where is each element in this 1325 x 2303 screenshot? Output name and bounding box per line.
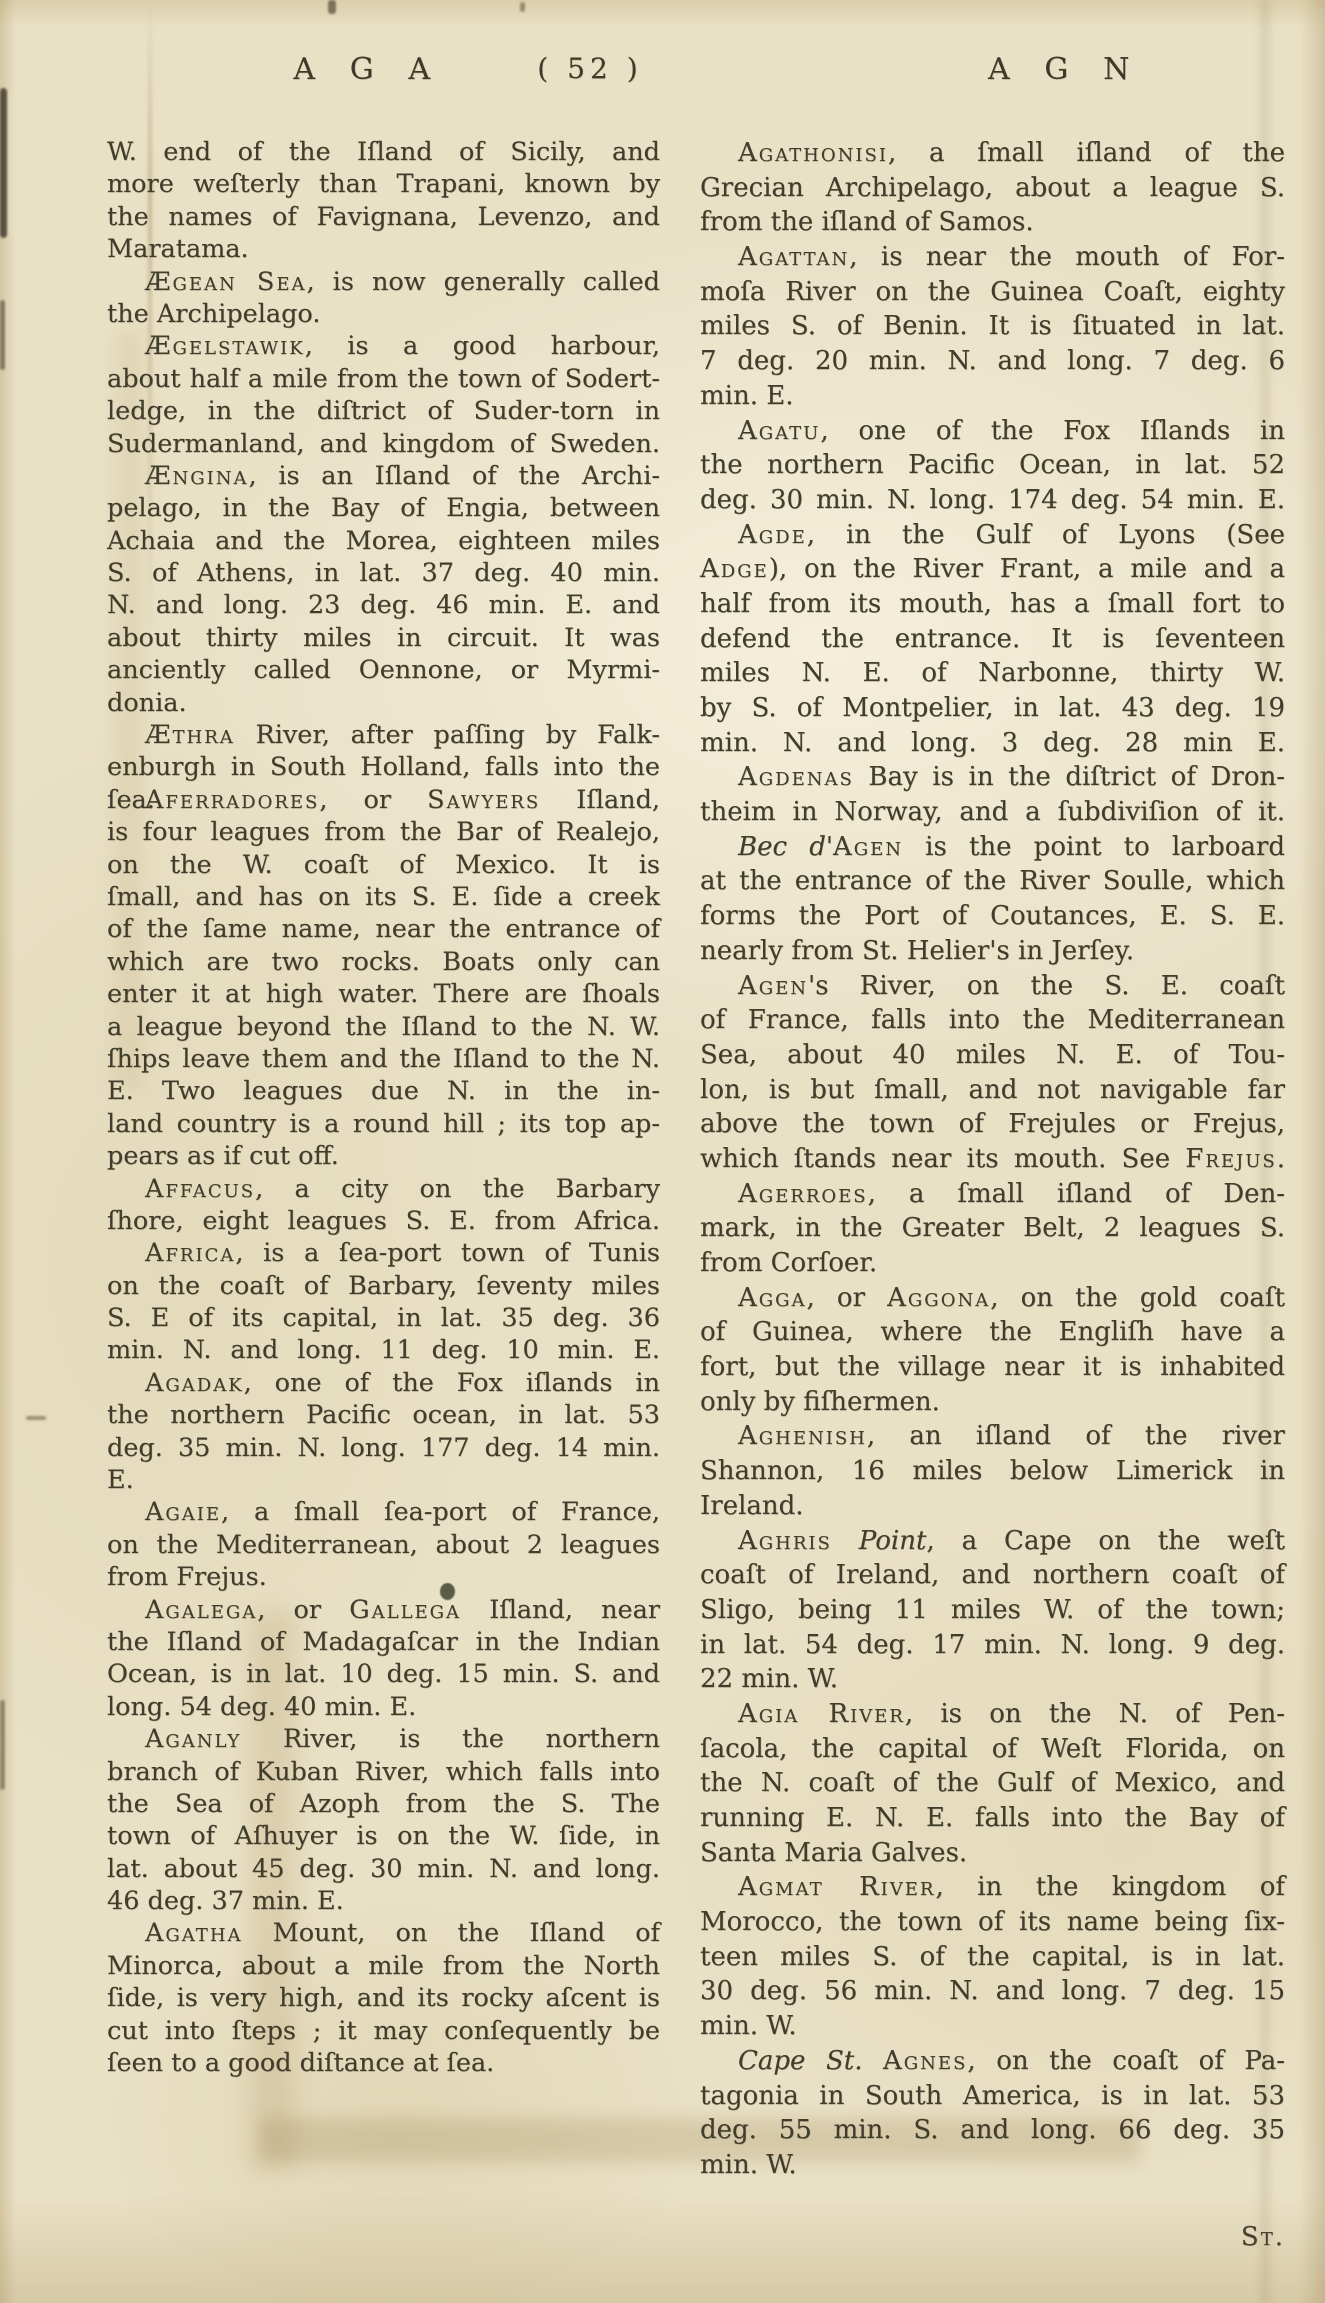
text-line: from Frejus. (107, 1561, 660, 1593)
text-line: about half a mile from the town of Soder… (107, 363, 660, 395)
text-segment: , a city on the Barbary (255, 1174, 660, 1204)
text-line: on the coaſt of Barbary, ſeventy miles (107, 1270, 660, 1302)
entry-headword: Æthra (145, 720, 235, 750)
text-segment: , or (257, 1595, 349, 1625)
text-segment: 7 deg. 20 min. N. and long. 7 deg. 6 (700, 346, 1285, 376)
text-line: anciently called Oennone, or Myrmi- (107, 654, 660, 686)
catchword: St. (1180, 2222, 1285, 2252)
text-segment: 22 min. W. (700, 1664, 838, 1694)
entry-headword: Agattan (738, 242, 849, 272)
text-segment: , a Cape on the weſt (926, 1526, 1285, 1556)
text-line: town of Aſhuyer is on the W. ſide, in (107, 1820, 660, 1852)
text-line: donia. (107, 687, 660, 719)
text-line: Ægelstawik, is a good harbour, (107, 330, 660, 362)
text-line: Agaie, a ſmall ſea-port of France, (107, 1496, 660, 1528)
text-segment: Sudermanland, and kingdom of Sweden. (107, 429, 660, 459)
page-edge-mark (520, 2, 525, 12)
text-segment: E. Two leagues due N. in the in- (107, 1076, 660, 1106)
text-segment: tagonia in South America, is in lat. 53 (700, 2081, 1285, 2111)
text-segment: Sea, about 40 miles N. E. of Tou- (700, 1040, 1285, 1070)
entry-headword: Aganly (145, 1724, 241, 1754)
text-segment: which ſtands near its mouth. See (700, 1144, 1185, 1174)
text-segment: from the iſland of Samos. (700, 207, 1034, 237)
text-line: a league beyond the Iſland to the N. W. (107, 1011, 660, 1043)
text-line: S. of Athens, in lat. 37 deg. 40 min. (107, 557, 660, 589)
text-line: tagonia in South America, is in lat. 53 (700, 2079, 1285, 2114)
text-segment: min. N. and long. 11 deg. 10 min. E. (107, 1335, 660, 1365)
text-segment: town of Aſhuyer is on the W. ſide, in (107, 1821, 660, 1851)
text-line: 46 deg. 37 min. E. (107, 1885, 660, 1917)
text-segment: . (1277, 1144, 1285, 1174)
text-segment: , or (319, 785, 427, 815)
entry-headword: Agdenas (738, 762, 854, 792)
text-segment: Point (832, 1526, 927, 1556)
text-line: fort, but the village near it is inhabit… (700, 1350, 1285, 1385)
text-segment: W. end of the Iſland of Sicily, and (107, 137, 660, 167)
entry-headword: Aferradores (145, 785, 319, 815)
text-line: Agattan, is near the mouth of For- (700, 240, 1285, 275)
text-segment: , is a good harbour, (305, 331, 660, 361)
text-segment: anciently called Oennone, or Myrmi- (107, 655, 660, 685)
text-line: lat. about 45 deg. 30 min. N. and long. (107, 1853, 660, 1885)
text-line: Agde, in the Gulf of Lyons (See (700, 518, 1285, 553)
text-line: which are two rocks. Boats only can (107, 946, 660, 978)
text-line: about thirty miles in circuit. It was (107, 622, 660, 654)
entry-headword: Aggona (887, 1283, 990, 1313)
text-segment: teen miles S. of the capital, is in lat. (700, 1942, 1285, 1972)
text-segment: fort, but the village near it is inhabit… (700, 1352, 1285, 1382)
entry-headword: Agen (738, 971, 808, 1001)
text-line: ſeen to a good diſtance at ſea. (107, 2047, 660, 2079)
text-line: ſmall, and has on its S. E. ſide a creek (107, 881, 660, 913)
text-segment: S. E of its capital, in lat. 35 deg. 36 (107, 1303, 660, 1333)
text-line: Ægean Sea, is now generally called (107, 266, 660, 298)
entry-headword: Agaie (145, 1497, 221, 1527)
entry-headword: Agde (738, 520, 807, 550)
text-segment: , is now generally called (306, 267, 660, 297)
text-line: 7 deg. 20 min. N. and long. 7 deg. 6 (700, 344, 1285, 379)
text-segment: more weſterly than Trapani, known by (107, 169, 660, 199)
text-segment: , in the Gulf of Lyons (See (807, 520, 1285, 550)
text-segment: of the ſame name, near the entrance of (107, 914, 660, 944)
text-line: from Corſoer. (700, 1246, 1285, 1281)
text-line: Agathonisi, a ſmall iſland of the (700, 136, 1285, 171)
text-segment: Maratama. (107, 234, 249, 264)
text-segment: 's River, on the S. E. coaſt (808, 971, 1285, 1001)
text-segment: forms the Port of Coutances, E. S. E. (700, 901, 1285, 931)
text-segment: moſa River on the Guinea Coaſt, eighty (700, 277, 1285, 307)
text-segment: Minorca, about a mile from the North (107, 1951, 660, 1981)
text-segment: of France, falls into the Mediterranean (700, 1005, 1285, 1035)
text-segment: the Iſland of Madagaſcar in the Indian (107, 1627, 660, 1657)
entry-headword: Aghenish (738, 1421, 867, 1451)
text-segment: Sligo, being 11 miles W. of the town; (700, 1595, 1285, 1625)
entry-headword: Africa (145, 1238, 235, 1268)
text-segment: at the entrance of the River Soulle, whi… (700, 866, 1285, 896)
text-line: min. N. and long. 11 deg. 10 min. E. (107, 1334, 660, 1366)
text-line: E. (107, 1464, 660, 1496)
text-line: moſa River on the Guinea Coaſt, eighty (700, 275, 1285, 310)
text-segment: pears as if cut off. (107, 1141, 339, 1171)
text-line: Agatha Mount, on the Iſland of (107, 1917, 660, 1949)
text-segment: on the W. coaſt of Mexico. It is (107, 850, 660, 880)
entry-headword: Aghris (738, 1526, 832, 1556)
text-segment: miles N. E. of Narbonne, thirty W. (700, 658, 1285, 688)
text-line: Agia River, is on the N. of Pen- (700, 1697, 1285, 1732)
text-segment: the northern Pacific ocean, in lat. 53 (107, 1400, 660, 1430)
text-segment: long. 54 deg. 40 min. E. (107, 1692, 416, 1722)
text-line: enter it at high water. There are ſhoals (107, 978, 660, 1010)
text-line: Achaia and the Morea, eighteen miles (107, 525, 660, 557)
text-segment: above the town of Frejules or Frejus, (700, 1109, 1285, 1139)
text-line: min. W. (700, 2148, 1285, 2183)
text-line: E. Two leagues due N. in the in- (107, 1075, 660, 1107)
text-line: Sea, about 40 miles N. E. of Tou- (700, 1038, 1285, 1073)
text-line: the Iſland of Madagaſcar in the Indian (107, 1626, 660, 1658)
text-segment: ſeen to a good diſtance at ſea. (107, 2048, 494, 2078)
text-line: branch of Kuban River, which falls into (107, 1756, 660, 1788)
text-segment: , one of the Fox Iſlands in (820, 416, 1285, 446)
text-segment: nearly from St. Helier's in Jerſey. (700, 936, 1134, 966)
text-line: Ocean, is in lat. 10 deg. 15 min. S. and (107, 1658, 660, 1690)
text-segment: which are two rocks. Boats only can (107, 947, 660, 977)
text-line: Aghris Point, a Cape on the weſt (700, 1524, 1285, 1559)
text-line: 30 deg. 56 min. N. and long. 7 deg. 15 (700, 1974, 1285, 2009)
text-line: miles S. of Benin. It is ſituated in lat… (700, 309, 1285, 344)
text-line: Aferradores, or Sawyers Iſland, (107, 784, 660, 816)
text-line: Santa Maria Galves. (700, 1836, 1285, 1871)
text-segment: ſhips leave them and the Iſland to the N… (107, 1044, 660, 1074)
text-segment: land country is a round hill ; its top a… (107, 1109, 660, 1139)
text-line: half from its mouth, has a ſmall fort to (700, 587, 1285, 622)
text-segment: , one of the Fox iſlands in (244, 1368, 660, 1398)
text-line: on the W. coaſt of Mexico. It is (107, 849, 660, 881)
entry-headword: Gallega (349, 1595, 461, 1625)
text-line: Africa, is a ſea-port town of Tunis (107, 1237, 660, 1269)
text-line: above the town of Frejules or Frejus, (700, 1107, 1285, 1142)
text-line: miles N. E. of Narbonne, thirty W. (700, 656, 1285, 691)
text-line: Affacus, a city on the Barbary (107, 1173, 660, 1205)
text-line: deg. 30 min. N. long. 174 deg. 54 min. E… (700, 483, 1285, 518)
text-segment: ſmall, and has on its S. E. ſide a creek (107, 882, 660, 912)
text-line: Agadak, one of the Fox iſlands in (107, 1367, 660, 1399)
page-edge-mark (0, 88, 7, 238)
entry-headword: Frejus (1185, 1144, 1276, 1174)
text-segment: Ocean, is in lat. 10 deg. 15 min. S. and (107, 1659, 660, 1689)
entry-headword: Agmat River (738, 1872, 935, 1902)
text-line: ſide, is very high, and its rocky aſcent… (107, 1982, 660, 2014)
text-segment: miles S. of Benin. It is ſituated in lat… (700, 311, 1285, 341)
text-segment: Cape St. (738, 2046, 862, 2076)
text-line: Aghenish, an iſland of the river (700, 1419, 1285, 1454)
right-column: Agathonisi, a ſmall iſland of theGrecian… (700, 136, 1285, 2183)
text-line: only by fiſhermen. (700, 1385, 1285, 1420)
text-segment: of Guinea, where the Engliſh have a (700, 1317, 1285, 1347)
text-segment: ), on the River Frant, a mile and a (769, 554, 1285, 584)
text-segment: the Archipelago. (107, 299, 320, 329)
text-line: of France, falls into the Mediterranean (700, 1003, 1285, 1038)
text-line: Agerroes, a ſmall iſland of Den- (700, 1177, 1285, 1212)
text-segment: on the coaſt of Barbary, ſeventy miles (107, 1271, 660, 1301)
text-segment: 30 deg. 56 min. N. and long. 7 deg. 15 (700, 1976, 1285, 2006)
text-segment: , is near the mouth of For- (849, 242, 1285, 272)
text-line: lon, is but ſmall, and not navigable far (700, 1073, 1285, 1108)
text-segment: deg. 30 min. N. long. 174 deg. 54 min. E… (700, 485, 1285, 515)
text-segment: donia. (107, 688, 187, 718)
text-segment: the names of Favignana, Levenzo, and (107, 202, 660, 232)
text-segment: deg. 55 min. S. and long. 66 deg. 35 (700, 2115, 1285, 2145)
text-line: Minorca, about a mile from the North (107, 1950, 660, 1982)
text-segment: about thirty miles in circuit. It was (107, 623, 660, 653)
text-line: Agatu, one of the Fox Iſlands in (700, 414, 1285, 449)
text-line: Agalega, or Gallega Iſland, near (107, 1594, 660, 1626)
text-line: of the ſame name, near the entrance of (107, 913, 660, 945)
text-segment: , or (807, 1283, 888, 1313)
text-line: by S. of Montpelier, in lat. 43 deg. 19 (700, 691, 1285, 726)
text-segment: running E. N. E. falls into the Bay of (700, 1803, 1285, 1833)
text-line: enburgh in South Holland, falls into the… (107, 751, 660, 783)
page-edge-mark (0, 1700, 5, 1790)
text-segment: is four leagues from the Bar of Realejo, (107, 817, 660, 847)
entry-headword: Agnes (883, 2046, 967, 2076)
entry-headword: Ægean Sea (145, 267, 306, 297)
text-segment: , a ſmall ſea-port of France, (221, 1497, 660, 1527)
text-segment: min. W. (700, 2011, 797, 2041)
text-line: min. E. (700, 379, 1285, 414)
text-line: Agen's River, on the S. E. coaſt (700, 969, 1285, 1004)
text-segment: Bec d' (738, 832, 833, 862)
text-line: Agmat River, in the kingdom of (700, 1870, 1285, 1905)
text-line: Æthra River, after paſſing by Falk- (107, 719, 660, 751)
entry-headword: Agen (833, 832, 903, 862)
text-segment: enter it at high water. There are ſhoals (107, 979, 660, 1009)
text-segment: from Frejus. (107, 1562, 267, 1592)
text-line: the N. coaſt of the Gulf of Mexico, and (700, 1766, 1285, 1801)
text-line: at the entrance of the River Soulle, whi… (700, 864, 1285, 899)
text-segment: the northern Pacific Ocean, in lat. 52 (700, 450, 1285, 480)
text-segment: , a ſmall iſland of the (888, 138, 1285, 168)
text-segment: , in the kingdom of (935, 1872, 1285, 1902)
text-line: is four leagues from the Bar of Realejo, (107, 816, 660, 848)
text-segment: Iſland, near (461, 1595, 660, 1625)
text-segment: min. N. and long. 3 deg. 28 min E. (700, 728, 1285, 758)
text-line: Sudermanland, and kingdom of Sweden. (107, 428, 660, 460)
text-segment: ſide, is very high, and its rocky aſcent… (107, 1983, 660, 2013)
text-line: long. 54 deg. 40 min. E. (107, 1691, 660, 1723)
text-line: ſhore, eight leagues S. E. from Africa. (107, 1205, 660, 1237)
text-segment: half from its mouth, has a ſmall fort to (700, 589, 1285, 619)
text-line: forms the Port of Coutances, E. S. E. (700, 899, 1285, 934)
entry-headword: Agga (738, 1283, 807, 1313)
text-line: defend the entrance. It is ſeventeen (700, 622, 1285, 657)
text-segment: , a ſmall iſland of Den- (868, 1179, 1285, 1209)
text-line: coaſt of Ireland, and northern coaſt of (700, 1558, 1285, 1593)
text-line: the northern Pacific ocean, in lat. 53 (107, 1399, 660, 1431)
text-segment: the N. coaſt of the Gulf of Mexico, and (700, 1768, 1285, 1798)
entry-headword: Agathonisi (738, 138, 888, 168)
text-line: Cape St. Agnes, on the coaſt of Pa- (700, 2044, 1285, 2079)
page-number: ( 52 ) (500, 52, 680, 92)
text-segment: the Sea of Azoph from the S. The (107, 1789, 660, 1819)
text-line: S. E of its capital, in lat. 35 deg. 36 (107, 1302, 660, 1334)
text-line: nearly from St. Helier's in Jerſey. (700, 934, 1285, 969)
running-head-right: A G N (965, 52, 1165, 92)
entry-headword: Agatha (145, 1918, 243, 1948)
text-line: Adge), on the River Frant, a mile and a (700, 552, 1285, 587)
text-segment: only by fiſhermen. (700, 1387, 940, 1417)
text-line: Morocco, the town of its name being ſix- (700, 1905, 1285, 1940)
text-line: from the iſland of Samos. (700, 205, 1285, 240)
text-segment: Santa Maria Galves. (700, 1838, 967, 1868)
text-segment: , an iſland of the river (867, 1421, 1285, 1451)
text-segment: , is an Iſland of the Archi- (249, 461, 660, 491)
entry-headword: Agalega (145, 1595, 257, 1625)
left-column: W. end of the Iſland of Sicily, andmore … (107, 136, 660, 2079)
text-line: Agdenas Bay is in the diſtrict of Dron- (700, 760, 1285, 795)
text-line: mark, in the Greater Belt, 2 leagues S. (700, 1211, 1285, 1246)
entry-headword: Agadak (145, 1368, 244, 1398)
text-segment: lat. about 45 deg. 30 min. N. and long. (107, 1854, 660, 1884)
text-segment: pelago, in the Bay of Engia, between (107, 493, 660, 523)
text-line: Ireland. (700, 1489, 1285, 1524)
text-segment: Ireland. (700, 1491, 804, 1521)
text-line: Sligo, being 11 miles W. of the town; (700, 1593, 1285, 1628)
text-line: teen miles S. of the capital, is in lat. (700, 1940, 1285, 1975)
text-segment: defend the entrance. It is ſeventeen (700, 624, 1285, 654)
text-segment: Grecian Archipelago, about a league S. (700, 173, 1285, 203)
text-segment: ſhore, eight leagues S. E. from Africa. (107, 1206, 660, 1236)
text-segment: River, after paſſing by Falk- (235, 720, 660, 750)
text-segment: cut into ſteps ; it may conſequently be (107, 2016, 660, 2046)
text-segment: N. and long. 23 deg. 46 min. E. and (107, 590, 660, 620)
entry-headword: Ængina (145, 461, 249, 491)
text-segment: , on the coaſt of Pa- (967, 2046, 1285, 2076)
text-line: the Sea of Azoph from the S. The (107, 1788, 660, 1820)
text-segment: is the point to larboard (903, 832, 1285, 862)
book-page: A G A ( 52 ) A G N W. end of the Iſland … (0, 0, 1325, 2303)
text-line: Ængina, is an Iſland of the Archi- (107, 460, 660, 492)
text-line: min. N. and long. 3 deg. 28 min E. (700, 726, 1285, 761)
text-line: the Archipelago. (107, 298, 660, 330)
text-line: more weſterly than Trapani, known by (107, 168, 660, 200)
text-segment: Achaia and the Morea, eighteen miles (107, 526, 660, 556)
text-line: pears as if cut off. (107, 1140, 660, 1172)
text-segment: River, is the northern (241, 1724, 660, 1754)
page-edge-mark (0, 300, 5, 370)
text-line: W. end of the Iſland of Sicily, and (107, 136, 660, 168)
text-segment (862, 2046, 883, 2076)
text-segment: about half a mile from the town of Soder… (107, 364, 660, 394)
text-segment: Iſland, (540, 785, 660, 815)
text-segment: E. (107, 1465, 134, 1495)
text-line: Shannon, 16 miles below Limerick in (700, 1454, 1285, 1489)
text-segment: , on the gold coaſt (990, 1283, 1285, 1313)
text-line: pelago, in the Bay of Engia, between (107, 492, 660, 524)
entry-headword: Ægelstawik (145, 331, 305, 361)
text-line: in lat. 54 deg. 17 min. N. long. 9 deg. (700, 1628, 1285, 1663)
text-segment: in lat. 54 deg. 17 min. N. long. 9 deg. (700, 1630, 1285, 1660)
text-segment: on the Mediterranean, about 2 leagues (107, 1530, 660, 1560)
text-line: Agga, or Aggona, on the gold coaſt (700, 1281, 1285, 1316)
text-segment: min. W. (700, 2150, 797, 2180)
text-line: ledge, in the diſtrict of Suder-torn in (107, 395, 660, 427)
entry-headword: Agia River (738, 1699, 905, 1729)
text-line: Aganly River, is the northern (107, 1723, 660, 1755)
text-segment: Morocco, the town of its name being ſix- (700, 1907, 1285, 1937)
entry-headword: Agatu (738, 416, 820, 446)
text-line: Grecian Archipelago, about a league S. (700, 171, 1285, 206)
text-line: the northern Pacific Ocean, in lat. 52 (700, 448, 1285, 483)
text-line: of Guinea, where the Engliſh have a (700, 1315, 1285, 1350)
text-line: cut into ſteps ; it may conſequently be (107, 2015, 660, 2047)
text-segment: min. E. (700, 381, 794, 411)
text-segment: 46 deg. 37 min. E. (107, 1886, 344, 1916)
text-line: min. W. (700, 2009, 1285, 2044)
text-segment: Mount, on the Iſland of (243, 1918, 660, 1948)
text-line: deg. 55 min. S. and long. 66 deg. 35 (700, 2113, 1285, 2148)
text-segment: lon, is but ſmall, and not navigable far (700, 1075, 1285, 1105)
text-line: ſhips leave them and the Iſland to the N… (107, 1043, 660, 1075)
text-line: theim in Norway, and a ſubdiviſion of it… (700, 795, 1285, 830)
entry-headword: Adge (700, 554, 769, 584)
text-segment: a league beyond the Iſland to the N. W. (107, 1012, 660, 1042)
text-line: land country is a round hill ; its top a… (107, 1108, 660, 1140)
text-segment: from Corſoer. (700, 1248, 877, 1278)
text-segment: coaſt of Ireland, and northern coaſt of (700, 1560, 1285, 1590)
text-segment: mark, in the Greater Belt, 2 leagues S. (700, 1213, 1285, 1243)
text-segment: Bay is in the diſtrict of Dron- (854, 762, 1285, 792)
text-segment: ſacola, the capital of Weſt Florida, on (700, 1734, 1285, 1764)
running-head-left: A G A (268, 52, 468, 92)
entry-headword: Sawyers (427, 785, 540, 815)
text-line: ſacola, the capital of Weſt Florida, on (700, 1732, 1285, 1767)
text-line: Maratama. (107, 233, 660, 265)
entry-headword: Agerroes (738, 1179, 868, 1209)
text-segment: deg. 35 min. N. long. 177 deg. 14 min. (107, 1433, 660, 1463)
text-segment: branch of Kuban River, which falls into (107, 1757, 660, 1787)
text-line: N. and long. 23 deg. 46 min. E. and (107, 589, 660, 621)
page-edge-mark (328, 0, 336, 14)
text-line: Bec d'Agen is the point to larboard (700, 830, 1285, 865)
text-segment: S. of Athens, in lat. 37 deg. 40 min. (107, 558, 660, 588)
text-segment: ledge, in the diſtrict of Suder-torn in (107, 396, 660, 426)
margin-mark (26, 1416, 46, 1420)
text-segment: , is a ſea-port town of Tunis (235, 1238, 660, 1268)
text-segment: by S. of Montpelier, in lat. 43 deg. 19 (700, 693, 1285, 723)
text-segment: Shannon, 16 miles below Limerick in (700, 1456, 1285, 1486)
text-line: deg. 35 min. N. long. 177 deg. 14 min. (107, 1432, 660, 1464)
text-line: running E. N. E. falls into the Bay of (700, 1801, 1285, 1836)
text-line: 22 min. W. (700, 1662, 1285, 1697)
text-line: which ſtands near its mouth. See Frejus. (700, 1142, 1285, 1177)
entry-headword: Affacus (145, 1174, 255, 1204)
text-line: on the Mediterranean, about 2 leagues (107, 1529, 660, 1561)
text-line: the names of Favignana, Levenzo, and (107, 201, 660, 233)
text-segment: theim in Norway, and a ſubdiviſion of it… (700, 797, 1285, 827)
text-segment: , is on the N. of Pen- (905, 1699, 1285, 1729)
